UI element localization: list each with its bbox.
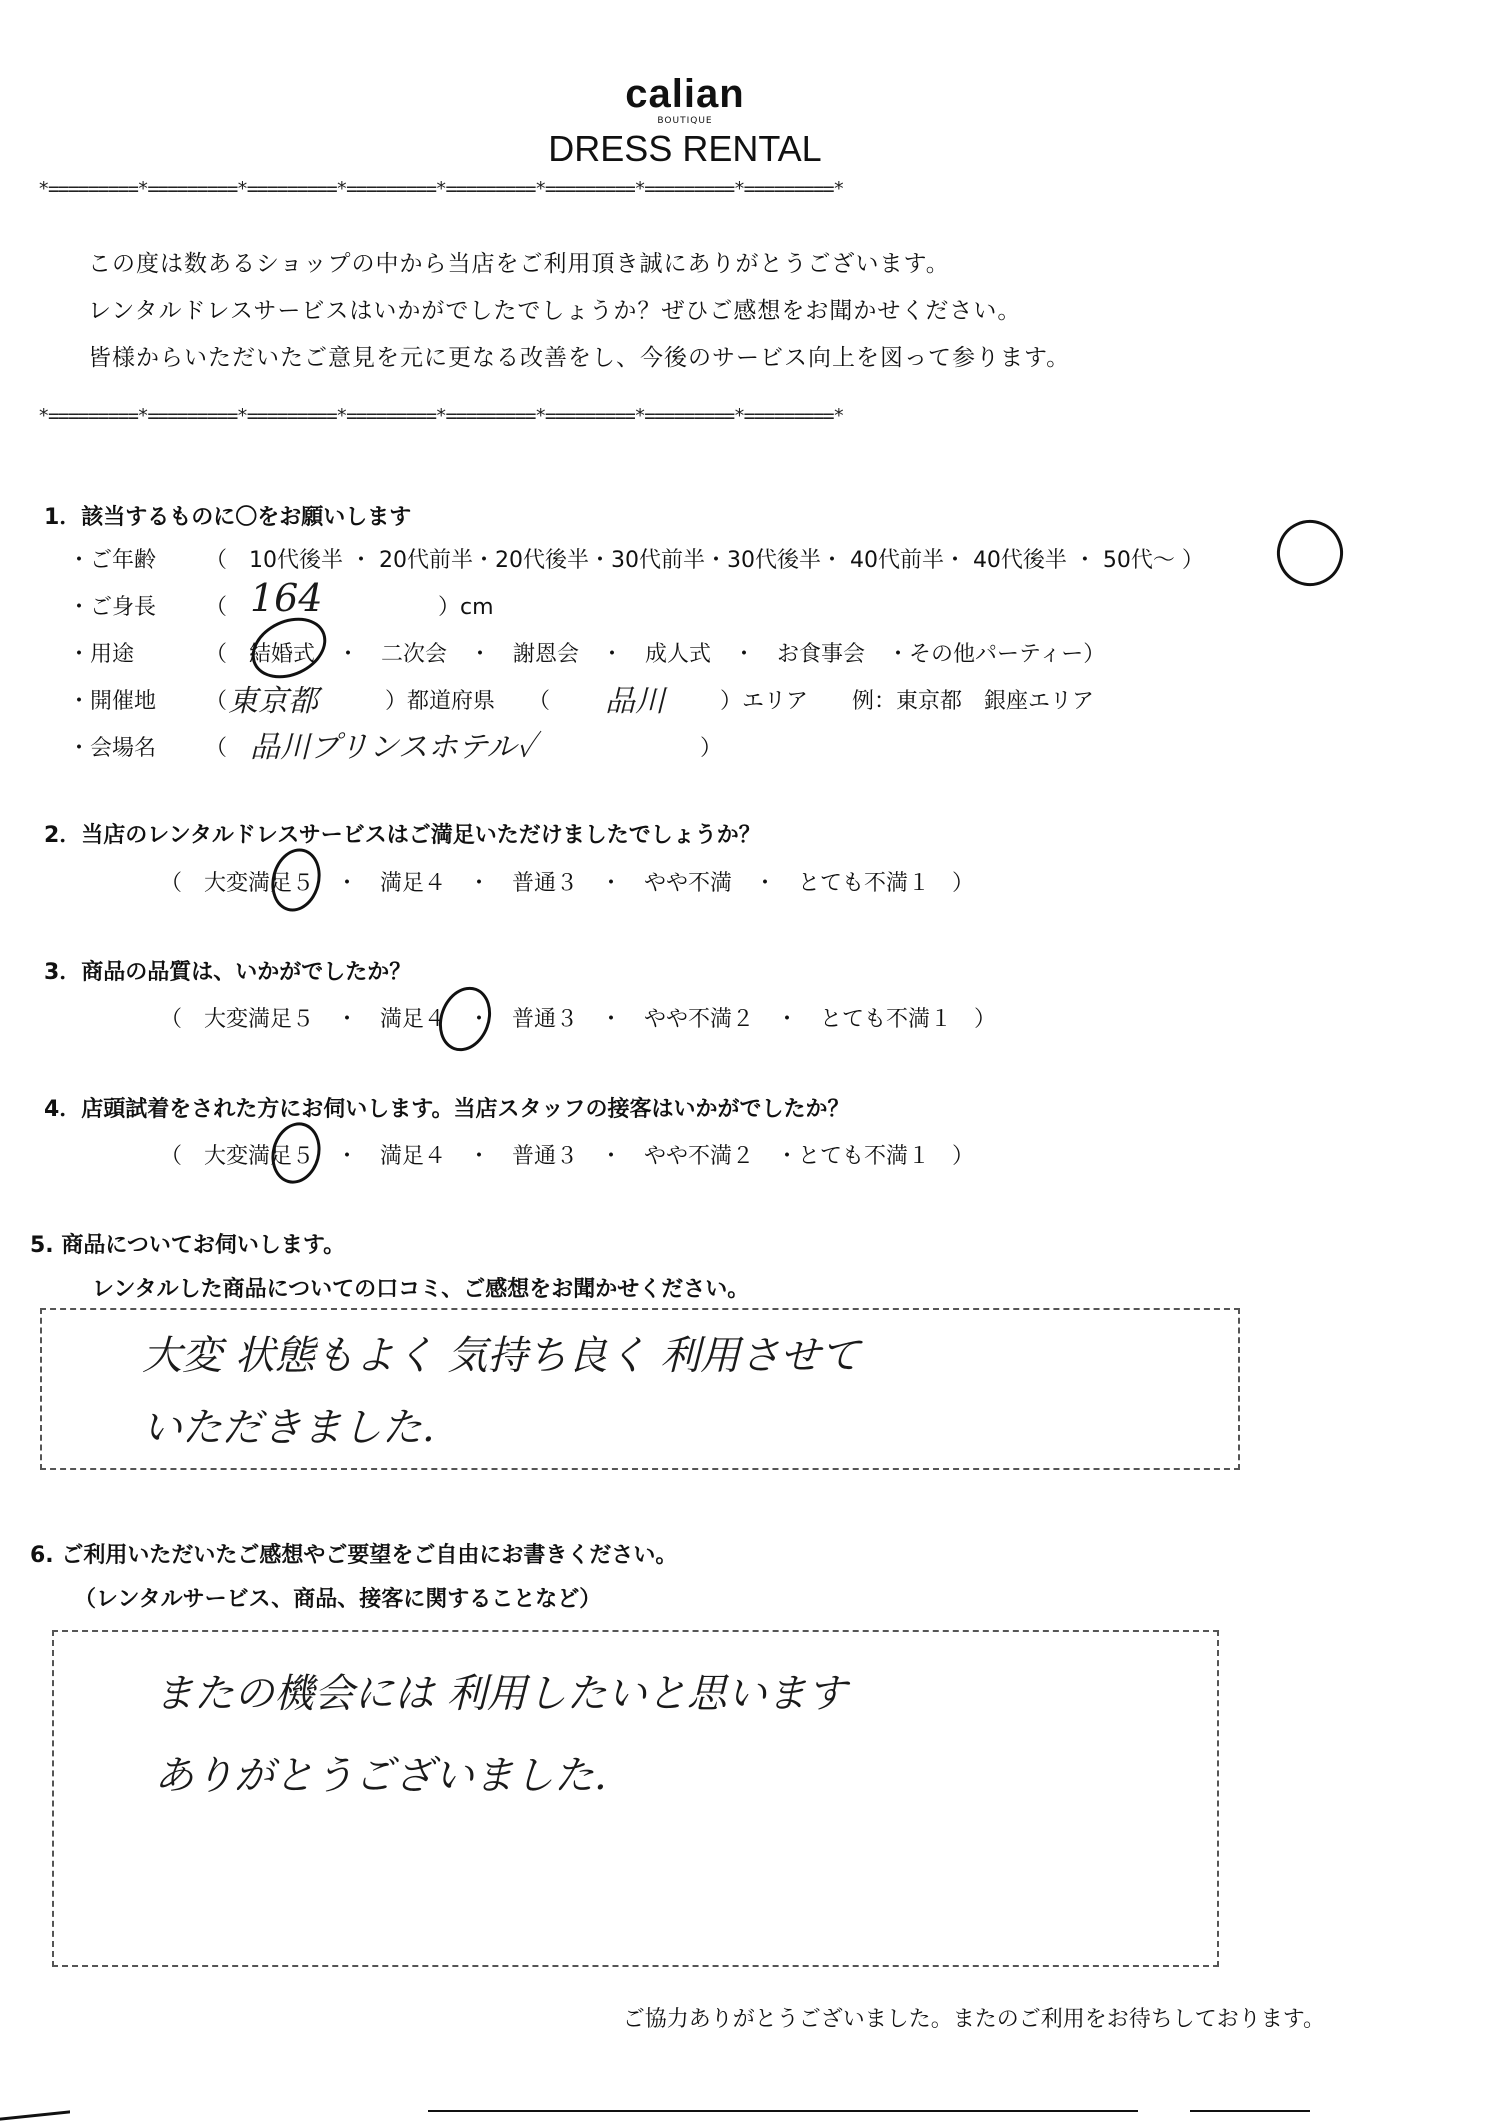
usage-options: （ 結婚式 ・ 二次会 ・ 謝恩会 ・ 成人式 ・ お食事会 ・その他パーティー… [205, 637, 1105, 668]
venue-name-value[interactable]: 品川プリンスホテル✓ [250, 722, 536, 766]
divider-bottom: *=========*=========*=========*=========… [38, 405, 843, 427]
question-3-options: （ 大変満足５ ・ 満足４ ・ 普通３ ・ やや不満２ ・ とても不満１ ） [160, 1002, 996, 1033]
prefecture-value[interactable]: 東京都 [228, 676, 318, 720]
question-2-title: 2．当店のレンタルドレスサービスはご満足いただけましたでしょうか？ [44, 818, 761, 849]
question-5-answer-line-1: 大変 状態もよく 気持ち良く 利用させて [142, 1324, 860, 1381]
venue-name-open-paren: （ [205, 731, 227, 762]
venue-open-paren: （ [205, 684, 227, 715]
question-6-answer-line-1: またの機会には 利用したいと思います [154, 1662, 847, 1719]
question-3-title: 3．商品の品質は、いかがでしたか？ [44, 955, 411, 986]
area-suffix: ）エリア 例：東京都 銀座エリア [720, 684, 1094, 715]
age-options: （ 10代後半 ・ 20代前半・20代後半・30代前半・30代後半・ 40代前半… [205, 543, 1204, 574]
area-value[interactable]: 品川 [605, 676, 665, 720]
question-5-answer-line-2: いただきました. [142, 1396, 435, 1453]
question-1-title: 1．該当するものに〇をお願いします [44, 500, 411, 531]
height-unit: ）cm [438, 590, 494, 621]
age-label: ・ご年齢 [68, 543, 156, 574]
bottom-rule-right [1190, 2110, 1310, 2112]
document-title: DRESS RENTAL [0, 128, 1370, 170]
brand-subtitle: BOUTIQUE [0, 116, 1370, 126]
question-5-title: 5. 商品についてお伺いします。 [30, 1228, 345, 1259]
bottom-rule [428, 2110, 1138, 2112]
footer-thanks: ご協力ありがとうございました。またのご利用をお待ちしております。 [0, 2002, 1325, 2033]
intro-line-1: この度は数あるショップの中から当店をご利用頂き誠にありがとうございます。 [88, 245, 950, 278]
question-5-answer-box[interactable]: 大変 状態もよく 気持ち良く 利用させて いただきました. [40, 1308, 1240, 1470]
intro-line-3: 皆様からいただいたご意見を元に更なる改善をし、今後のサービス向上を図って参ります… [88, 339, 1070, 372]
question-4-selection-circle [265, 1117, 327, 1189]
prefecture-suffix: ）都道府県 （ [385, 684, 550, 715]
scan-artifact-left [0, 2110, 70, 2120]
question-3-selection-circle [430, 979, 500, 1058]
venue-name-close-paren: ） [700, 731, 722, 762]
question-4-title: 4．店頭試着をされた方にお伺いします。当店スタッフの接客はいかがでしたか？ [44, 1092, 850, 1123]
height-value[interactable]: 164 [250, 576, 323, 620]
venue-name-label: ・会場名 [68, 731, 156, 762]
question-6-title: 6. ご利用いただいたご感想やご要望をご自由にお書きください。 [30, 1538, 677, 1569]
brand-logo: calian [0, 72, 1370, 117]
venue-location-label: ・開催地 [68, 684, 156, 715]
question-6-subtitle: （レンタルサービス、商品、接客に関することなど） [74, 1582, 601, 1613]
question-5-subtitle: レンタルした商品についての口コミ、ご感想をお聞かせください。 [92, 1272, 749, 1303]
question-6-answer-box[interactable]: またの機会には 利用したいと思います ありがとうございました. [52, 1630, 1219, 1967]
intro-line-2: レンタルドレスサービスはいかがでしたでしょうか？ぜひご感想をお聞かせください。 [88, 292, 1021, 325]
height-label: ・ご身長 [68, 590, 156, 621]
height-open-paren: （ [205, 590, 227, 621]
age-selection-circle [1268, 511, 1353, 596]
question-2-selection-circle [265, 843, 328, 917]
usage-label: ・用途 [68, 637, 134, 668]
question-6-answer-line-2: ありがとうございました. [154, 1744, 607, 1801]
divider-top: *=========*=========*=========*=========… [38, 178, 843, 200]
